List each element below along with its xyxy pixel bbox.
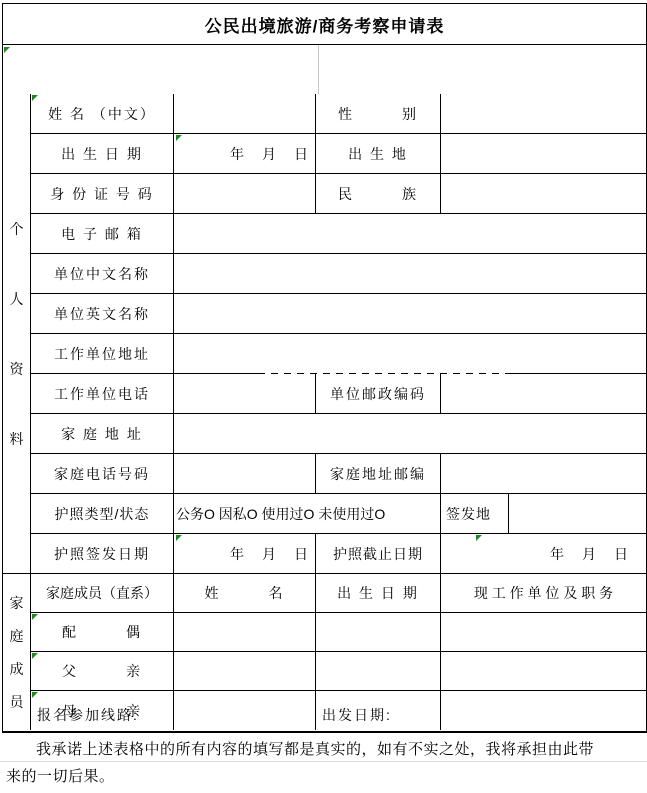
work-zip-input-cell[interactable] bbox=[441, 374, 646, 414]
company-en-input-cell[interactable] bbox=[174, 294, 646, 334]
family-dob-column-header: 出 生 日 期 bbox=[316, 574, 441, 613]
work-address-label: 工作单位地址 bbox=[31, 334, 174, 374]
home-address-input-cell[interactable] bbox=[174, 414, 646, 454]
name-cn-input-cell[interactable] bbox=[174, 94, 316, 134]
spouse-dob-input-cell[interactable] bbox=[316, 613, 441, 652]
spouse-name-input-cell[interactable] bbox=[174, 613, 316, 652]
birthplace-input-cell[interactable] bbox=[441, 134, 646, 174]
father-work-input-cell[interactable] bbox=[441, 652, 646, 691]
company-en-label: 单位英文名称 bbox=[31, 294, 174, 334]
work-address-input-cell[interactable] bbox=[174, 334, 646, 374]
mother-name-input-cell[interactable] bbox=[174, 691, 316, 730]
passport-type-options[interactable]: 公务O 因私O 使用过O 未使用过O bbox=[174, 494, 441, 534]
company-cn-label: 单位中文名称 bbox=[31, 254, 174, 294]
work-zip-label: 单位邮政编码 bbox=[316, 374, 441, 414]
mother-work-input-cell[interactable] bbox=[441, 691, 646, 730]
section-label-family-members: 家 庭 成 员 bbox=[3, 574, 31, 730]
home-phone-input-cell[interactable] bbox=[174, 454, 316, 494]
name-cn-label: 姓 名 （中文） bbox=[31, 94, 174, 134]
application-form-table: 公民出境旅游/商务考察申请表 报名参加线路: 出发日期: 个 人 资 料 家 庭… bbox=[2, 3, 647, 733]
family-name-column-header: 姓 名 bbox=[174, 574, 316, 613]
section-label-personal-info: 个 人 资 料 bbox=[3, 94, 31, 574]
mother-dob-input-cell[interactable] bbox=[316, 691, 441, 730]
issue-place-label: 签发地 bbox=[441, 494, 509, 534]
father-label: 父 亲 bbox=[31, 652, 174, 691]
father-name-input-cell[interactable] bbox=[174, 652, 316, 691]
family-work-column-header: 现 工 作 单 位 及 职 务 bbox=[441, 574, 646, 613]
page-title: 公民出境旅游/商务考察申请表 bbox=[3, 4, 646, 45]
gender-label: 性 别 bbox=[316, 94, 441, 134]
issue-place-input-cell[interactable] bbox=[509, 494, 646, 534]
dashed-border-segment bbox=[258, 373, 506, 374]
home-phone-label: 家庭电话号码 bbox=[31, 454, 174, 494]
home-address-label: 家 庭 地 址 bbox=[31, 414, 174, 454]
passport-type-label: 护照类型/状态 bbox=[31, 494, 174, 534]
dob-ymd-input-cell[interactable]: 年 月 日 bbox=[174, 134, 316, 174]
passport-issue-ymd-input-cell[interactable]: 年 月 日 bbox=[174, 534, 316, 574]
company-cn-input-cell[interactable] bbox=[174, 254, 646, 294]
id-number-label: 身 份 证 号 码 bbox=[31, 174, 174, 214]
email-label: 电 子 邮 箱 bbox=[31, 214, 174, 254]
info-row-divider bbox=[318, 45, 319, 94]
passport-expiry-label: 护照截止日期 bbox=[316, 534, 441, 574]
ethnicity-label: 民 族 bbox=[316, 174, 441, 214]
id-number-input-cell[interactable] bbox=[174, 174, 316, 214]
family-header-label: 家庭成员（直系） bbox=[31, 574, 174, 613]
email-input-cell[interactable] bbox=[174, 214, 646, 254]
error-indicator-triangle bbox=[4, 47, 10, 53]
passport-issue-date-label: 护照签发日期 bbox=[31, 534, 174, 574]
home-zip-label: 家庭地址邮编 bbox=[316, 454, 441, 494]
work-phone-input-cell[interactable] bbox=[174, 374, 316, 414]
dob-label: 出 生 日 期 bbox=[31, 134, 174, 174]
home-zip-input-cell[interactable] bbox=[441, 454, 646, 494]
birthplace-label: 出 生 地 bbox=[316, 134, 441, 174]
ethnicity-input-cell[interactable] bbox=[441, 174, 646, 214]
passport-expiry-ymd-input-cell[interactable]: 年 月 日 bbox=[441, 534, 646, 574]
mother-label: 母 亲 bbox=[31, 691, 174, 730]
commitment-statement: 我承诺上述表格中的所有内容的填写都是真实的，如有不实之处，我将承担由此带来的一切… bbox=[6, 736, 604, 790]
gender-input-cell[interactable] bbox=[441, 94, 646, 134]
work-phone-label: 工作单位电话 bbox=[31, 374, 174, 414]
spouse-work-input-cell[interactable] bbox=[441, 613, 646, 652]
spouse-label: 配 偶 bbox=[31, 613, 174, 652]
father-dob-input-cell[interactable] bbox=[316, 652, 441, 691]
